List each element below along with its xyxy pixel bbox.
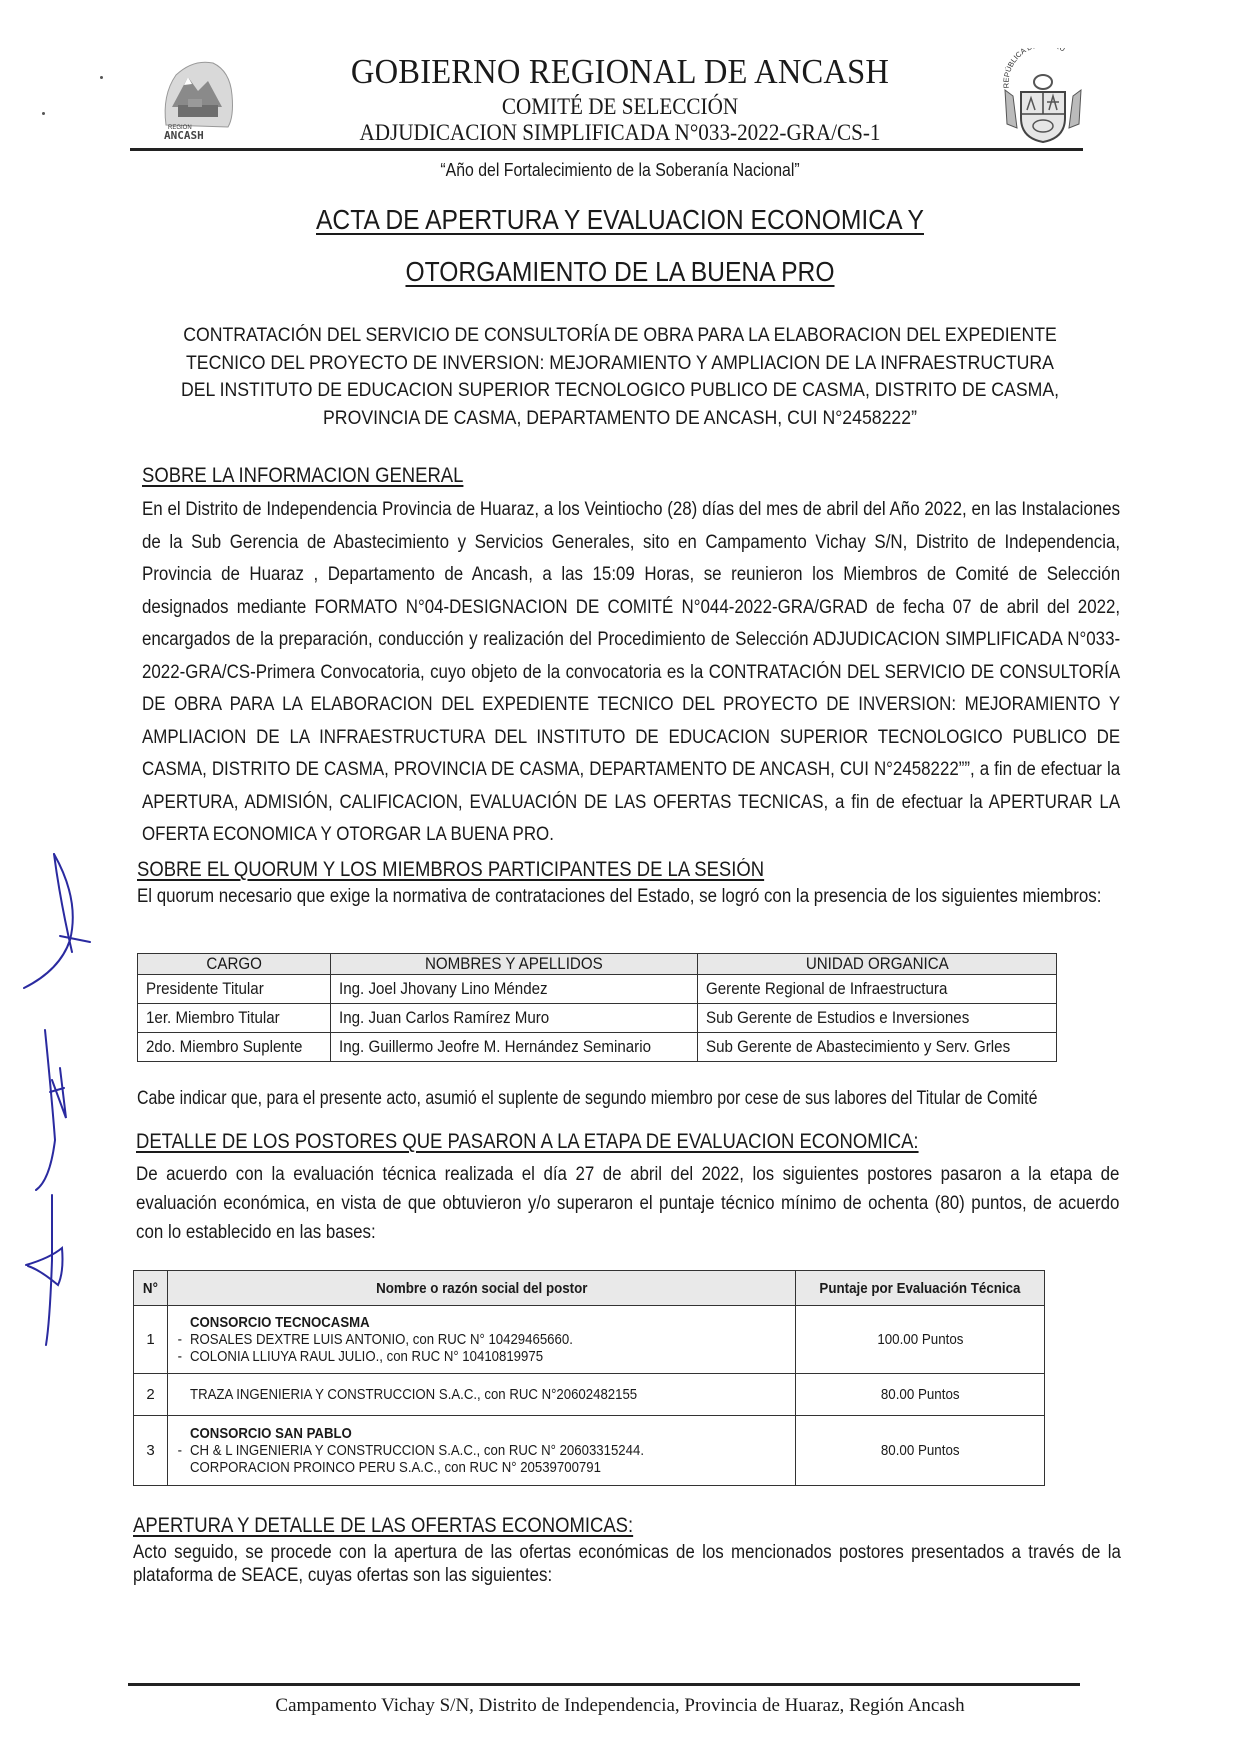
member-role: Presidente Titular: [146, 979, 264, 999]
technical-score: 80.00 Puntos: [881, 1386, 960, 1403]
section-heading-bidders: DETALLE DE LOS POSTORES QUE PASARON A LA…: [136, 1130, 919, 1154]
table-row: 2 TRAZA INGENIERIA Y CONSTRUCCION S.A.C.…: [134, 1374, 1045, 1416]
scan-speck: [100, 76, 103, 79]
signature-3: [46, 1195, 52, 1345]
document-title-line-2: OTORGAMIENTO DE LA BUENA PRO: [74, 256, 1165, 288]
member-unit: Sub Gerente de Abastecimiento y Serv. Gr…: [706, 1037, 1010, 1057]
member-name: Ing. Guillermo Jeofre M. Hernández Semin…: [339, 1037, 651, 1057]
section-heading-economic-offers: APERTURA Y DETALLE DE LAS OFERTAS ECONOM…: [133, 1514, 633, 1538]
margin-signatures: [0, 840, 120, 1540]
member-name: Ing. Juan Carlos Ramírez Muro: [339, 1008, 549, 1028]
bidder-number: 3: [134, 1416, 168, 1486]
committee-name: COMITÉ DE SELECCIÓN: [50, 94, 1191, 120]
table-header-row: CARGO NOMBRES Y APELLIDOS UNIDAD ORGANIC…: [138, 954, 1057, 975]
footer-divider: [128, 1683, 1080, 1686]
contract-subject: CONTRATACIÓN DEL SERVICIO DE CONSULTORÍA…: [174, 322, 1067, 432]
bidder-name: CONSORCIO TECNOCASMA: [190, 1314, 714, 1331]
consortium-member: -COLONIA LLIUYA RAUL JULIO., con RUC N° …: [190, 1348, 714, 1365]
member-unit: Sub Gerente de Estudios e Inversiones: [706, 1008, 969, 1028]
column-header-technical-score: Puntaje por Evaluación Técnica: [820, 1280, 1021, 1297]
bidder-name: CONSORCIO SAN PABLO: [190, 1425, 714, 1442]
member-unit: Gerente Regional de Infraestructura: [706, 979, 947, 999]
column-header-cargo: CARGO: [206, 954, 261, 974]
year-motto: “Año del Fortalecimiento de la Soberanía…: [74, 160, 1165, 181]
scan-speck: [42, 112, 45, 115]
column-header-bidder-name: Nombre o razón social del postor: [376, 1280, 587, 1297]
column-header-nombres: NOMBRES Y APELLIDOS: [425, 954, 603, 974]
column-header-unidad: UNIDAD ORGANICA: [806, 954, 949, 974]
quorum-paragraph: El quorum necesario que exige la normati…: [137, 886, 1116, 908]
document-title-line-1: ACTA DE APERTURA Y EVALUACION ECONOMICA …: [74, 204, 1165, 236]
table-header-row: N° Nombre o razón social del postor Punt…: [134, 1271, 1045, 1306]
bidders-table: N° Nombre o razón social del postor Punt…: [133, 1270, 1045, 1486]
bidder-name: TRAZA INGENIERIA Y CONSTRUCCION S.A.C., …: [190, 1386, 714, 1403]
header-divider: [130, 148, 1083, 151]
bidders-paragraph: De acuerdo con la evaluación técnica rea…: [136, 1160, 1119, 1247]
substitute-note: Cabe indicar que, para el presente acto,…: [137, 1088, 1037, 1110]
consortium-member: -CH & L INGENIERIA Y CONSTRUCCION S.A.C.…: [190, 1442, 714, 1459]
table-row: 2do. Miembro Suplente Ing. Guillermo Jeo…: [138, 1033, 1057, 1062]
table-row: 1 CONSORCIO TECNOCASMA -ROSALES DEXTRE L…: [134, 1306, 1045, 1374]
table-row: Presidente Titular Ing. Joel Jhovany Lin…: [138, 975, 1057, 1004]
general-info-paragraph: En el Distrito de Independencia Provinci…: [142, 494, 1120, 852]
bidder-number: 1: [134, 1306, 168, 1374]
table-row: 1er. Miembro Titular Ing. Juan Carlos Ra…: [138, 1004, 1057, 1033]
technical-score: 100.00 Puntos: [877, 1331, 963, 1348]
member-role: 2do. Miembro Suplente: [146, 1037, 302, 1057]
footer-address: Campamento Vichay S/N, Distrito de Indep…: [0, 1695, 1240, 1717]
economic-offers-paragraph: Acto seguido, se procede con la apertura…: [133, 1541, 1121, 1587]
signature-2: [36, 1030, 55, 1190]
section-heading-quorum: SOBRE EL QUORUM Y LOS MIEMBROS PARTICIPA…: [137, 858, 764, 882]
column-header-number: N°: [143, 1280, 158, 1297]
consortium-member: -ROSALES DEXTRE LUIS ANTONIO, con RUC N°…: [190, 1331, 714, 1348]
technical-score: 80.00 Puntos: [881, 1442, 960, 1459]
org-title: GOBIERNO REGIONAL DE ANCASH: [43, 52, 1196, 92]
committee-members-table: CARGO NOMBRES Y APELLIDOS UNIDAD ORGANIC…: [137, 953, 1057, 1062]
section-heading-general-info: SOBRE LA INFORMACION GENERAL: [142, 464, 463, 488]
bidder-number: 2: [134, 1374, 168, 1416]
member-role: 1er. Miembro Titular: [146, 1008, 280, 1028]
procedure-number: ADJUDICACION SIMPLIFICADA N°033-2022-GRA…: [50, 120, 1191, 146]
member-name: Ing. Joel Jhovany Lino Méndez: [339, 979, 548, 999]
table-row: 3 CONSORCIO SAN PABLO -CH & L INGENIERIA…: [134, 1416, 1045, 1486]
consortium-member: CORPORACION PROINCO PERU S.A.C., con RUC…: [190, 1459, 714, 1476]
